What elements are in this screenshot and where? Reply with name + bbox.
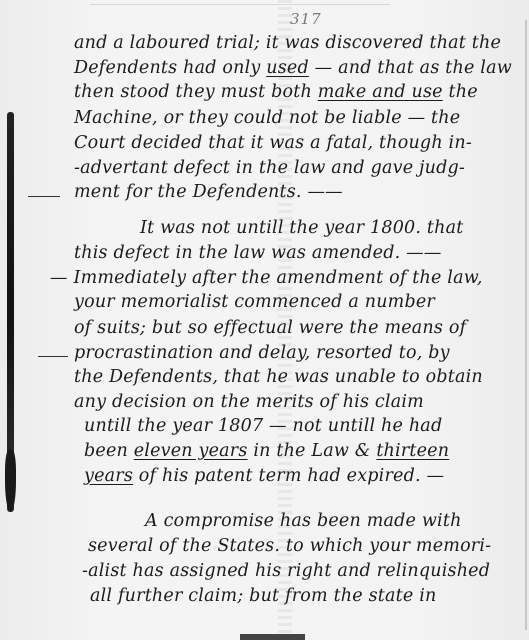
underlined-text: used [266, 58, 309, 78]
text-line: then stood they must both make and use t… [74, 82, 478, 102]
margin-dash [28, 196, 60, 197]
text-line: this defect in the law was amended. —— [74, 243, 442, 263]
text-line: Machine, or they could not be liable — t… [74, 108, 460, 128]
margin-dash [38, 356, 68, 357]
text-line: of suits; but so effectual were the mean… [74, 318, 466, 338]
text-line: procrastination and delay, resorted to, … [74, 343, 450, 363]
text-line: any decision on the merits of his claim [74, 392, 424, 412]
text-segment: Defendents had only [74, 58, 266, 78]
underlined-text: make and use [318, 82, 443, 102]
text-segment: of his patent term had expired. — [133, 466, 444, 486]
text-line: Defendents had only used — and that as t… [74, 58, 512, 78]
page-edge-rule [90, 4, 390, 5]
paragraph-start-line: It was not untill the year 1800. that [140, 218, 463, 238]
text-line: the Defendents, that he was unable to ob… [74, 367, 483, 387]
manuscript-page: 317 and a laboured trial; it was discove… [0, 0, 529, 640]
text-segment: then stood they must both [74, 82, 318, 102]
text-segment: — and that as the law [309, 58, 512, 78]
archive-stamp [240, 634, 305, 640]
text-line: untill the year 1807 — not untill he had [84, 416, 442, 436]
underlined-text: thirteen [376, 441, 449, 461]
text-line: — Immediately after the amendment of the… [50, 268, 483, 288]
text-line: years of his patent term had expired. — [84, 466, 444, 486]
text-line: and a laboured trial; it was discovered … [74, 33, 501, 53]
text-line: ment for the Defendents. —— [74, 182, 343, 202]
binding-margin-mark-tip [5, 450, 16, 512]
underlined-text: eleven years [134, 441, 248, 461]
text-line: several of the States. to which your mem… [88, 536, 491, 556]
text-line: -advertant defect in the law and gave ju… [74, 158, 465, 178]
underlined-text: years [84, 466, 133, 486]
text-line: been eleven years in the Law & thirteen [84, 441, 449, 461]
page-right-edge [525, 20, 527, 630]
text-line: all further claim; but from the state in [90, 586, 436, 606]
text-segment: the [443, 82, 478, 102]
paragraph-start-line: A compromise has been made with [145, 511, 462, 531]
text-line: Court decided that it was a fatal, thoug… [74, 133, 472, 153]
text-segment: in the Law & [248, 441, 377, 461]
page-number: 317 [290, 10, 322, 28]
text-segment: been [84, 441, 134, 461]
text-line: your memorialist commenced a number [74, 292, 435, 312]
text-line: -alist has assigned his right and relinq… [82, 561, 490, 581]
